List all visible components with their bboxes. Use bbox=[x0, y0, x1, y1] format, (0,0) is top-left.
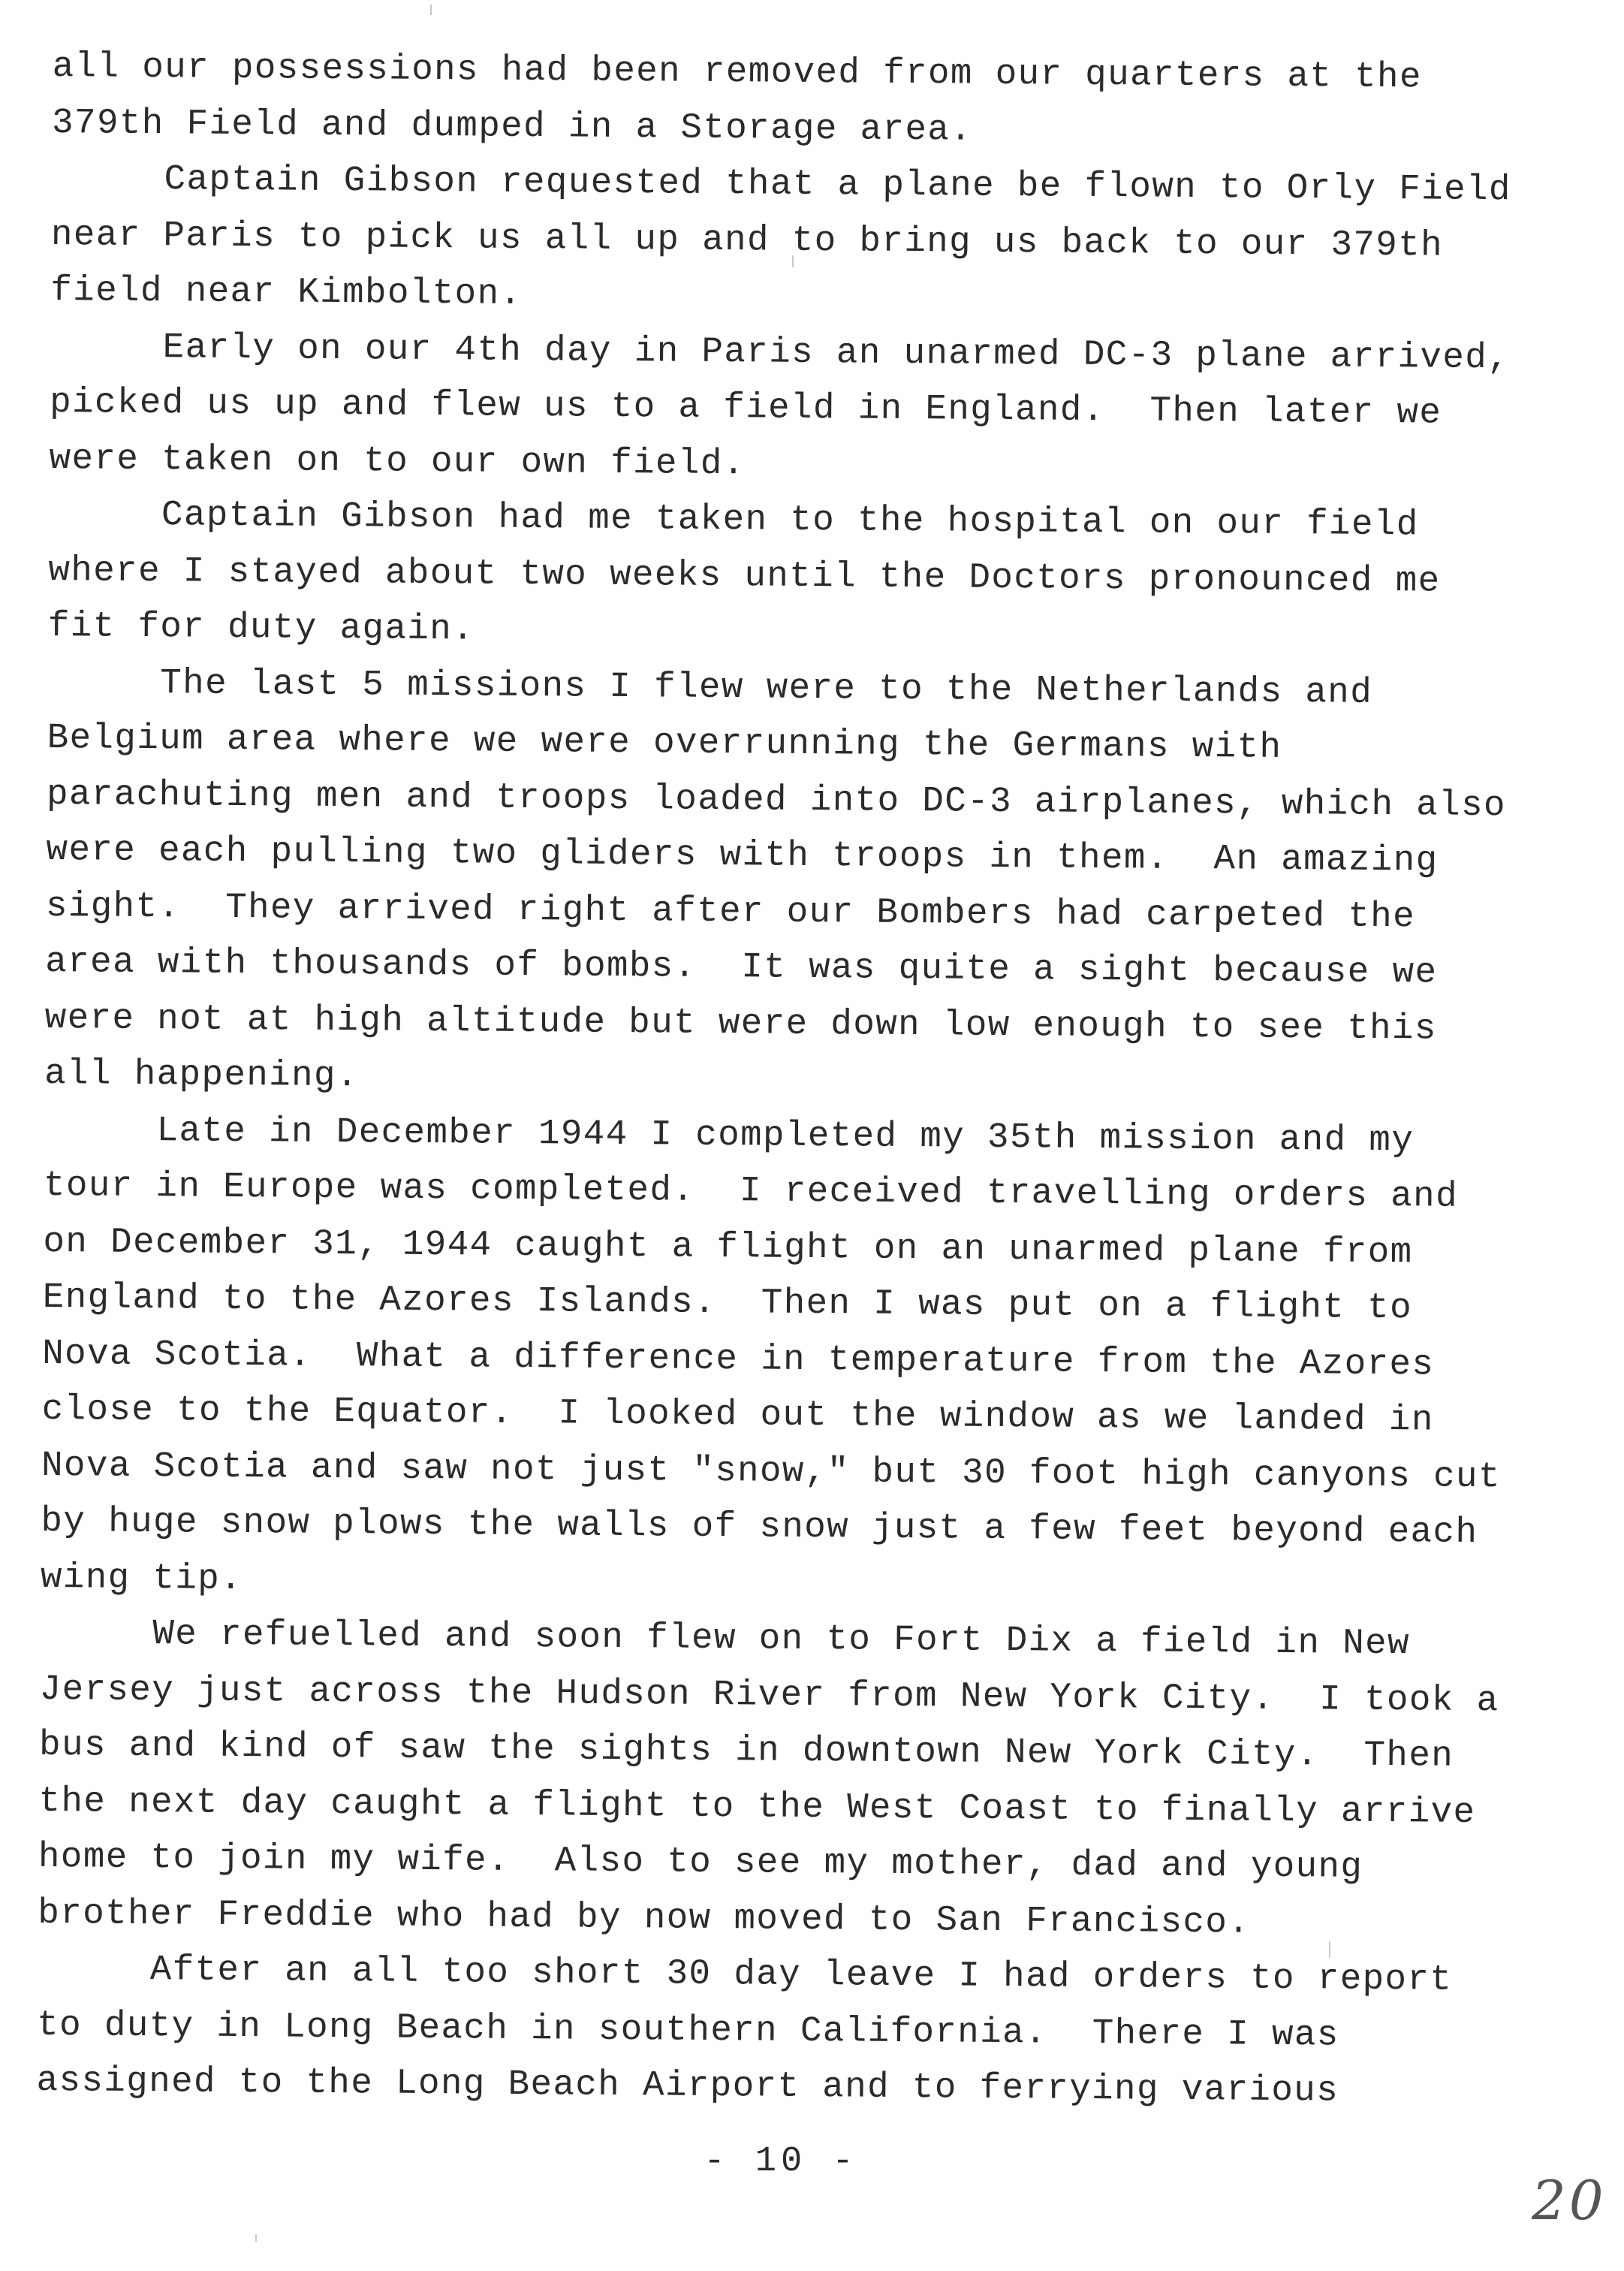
scan-speck bbox=[1329, 1941, 1330, 1958]
handwritten-page-annotation: 20 bbox=[1532, 2169, 1607, 2232]
page-number: - 10 - bbox=[0, 2142, 1562, 2182]
text-line: assigned to the Long Beach Airport and t… bbox=[36, 2053, 1568, 2122]
scan-speck bbox=[255, 2234, 257, 2242]
scan-speck bbox=[430, 5, 432, 15]
scan-speck bbox=[792, 255, 794, 267]
body-text: all our possessions had been removed fro… bbox=[36, 39, 1584, 2121]
document-page: all our possessions had been removed fro… bbox=[0, 0, 1624, 2271]
